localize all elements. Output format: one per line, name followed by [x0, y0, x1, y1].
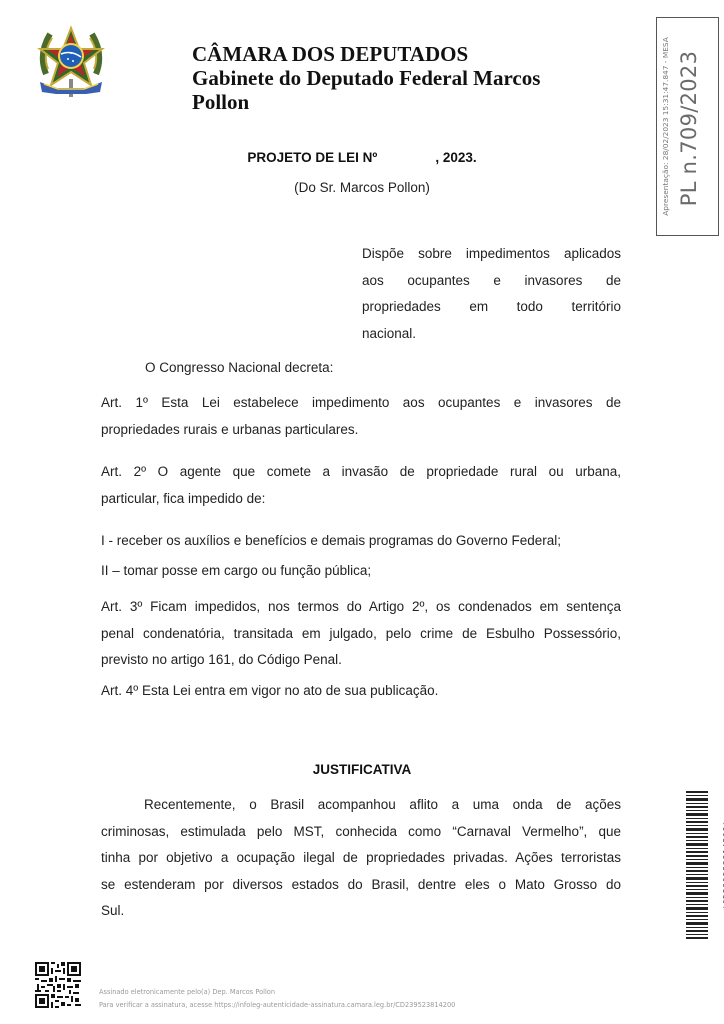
justification-line: tinha por objetivo a ocupação ilegal de … — [101, 845, 621, 872]
signed-by-text: Assinado eletronicamente pelo(a) Dep. Ma… — [99, 986, 455, 999]
justification-title: JUSTIFICATIVA — [0, 762, 724, 777]
article-2-item-1: I - receber os auxílios e benefícios e d… — [101, 528, 621, 555]
item-line: I - receber os auxílios e benefícios e d… — [101, 528, 621, 555]
document-header: CÂMARA DOS DEPUTADOS Gabinete do Deputad… — [192, 42, 540, 114]
protocol-stamp: Apresentação: 28/02/2023 15:31:47.847 - … — [656, 17, 719, 236]
signature-footer: Assinado eletronicamente pelo(a) Dep. Ma… — [99, 986, 455, 1012]
bill-author: (Do Sr. Marcos Pollon) — [0, 180, 724, 195]
summary-line: nacional. — [362, 321, 621, 348]
justification-line: se estenderam por diversos estados do Br… — [101, 872, 621, 899]
article-line: previsto no artigo 161, do Código Penal. — [101, 647, 621, 674]
summary-line: aos ocupantes e invasores de — [362, 268, 621, 295]
justification-line: Recentemente, o Brasil acompanhou aflito… — [101, 792, 621, 819]
bill-number: PL n.709/2023 — [677, 22, 701, 234]
bill-title: PROJETO DE LEI Nº, 2023. — [0, 150, 724, 165]
article-line: particular, fica impedido de: — [101, 486, 621, 513]
justification-line: Sul. — [101, 898, 621, 925]
brazil-coat-of-arms-icon — [36, 24, 106, 100]
justification-text: Recentemente, o Brasil acompanhou aflito… — [101, 792, 621, 925]
article-line: penal condenatória, transitada em julgad… — [101, 621, 621, 648]
article-1: Art. 1º Esta Lei estabelece impedimento … — [101, 390, 621, 443]
article-line: Art. 3º Ficam impedidos, nos termos do A… — [101, 594, 621, 621]
item-line: II – tomar posse em cargo ou função públ… — [101, 558, 621, 585]
bill-title-year: , 2023. — [435, 150, 476, 165]
article-line: Art. 2º O agente que comete a invasão de… — [101, 459, 621, 486]
barcode: *CD239523814200* — [686, 789, 722, 941]
qr-code-icon[interactable] — [35, 962, 81, 1008]
bill-title-prefix: PROJETO DE LEI Nº — [247, 150, 377, 165]
office-name-line1: Gabinete do Deputado Federal Marcos — [192, 66, 540, 90]
presentation-date: Apresentação: 28/02/2023 15:31:47.847 - … — [661, 22, 670, 230]
verification-link[interactable]: Para verificar a assinatura, acesse http… — [99, 999, 455, 1012]
article-line: Art. 1º Esta Lei estabelece impedimento … — [101, 390, 621, 417]
article-2: Art. 2º O agente que comete a invasão de… — [101, 459, 621, 512]
office-name-line2: Pollon — [192, 90, 540, 114]
justification-line: criminosas, estimulada pelo MST, conheci… — [101, 819, 621, 846]
decree-clause: O Congresso Nacional decreta: — [145, 355, 333, 382]
article-line: propriedades rurais e urbanas particular… — [101, 417, 621, 444]
article-line: Art. 4º Esta Lei entra em vigor no ato d… — [101, 678, 621, 705]
bill-summary: Dispõe sobre impedimentos aplicados aos … — [362, 241, 621, 347]
institution-name: CÂMARA DOS DEPUTADOS — [192, 42, 540, 66]
summary-line: propriedades em todo território — [362, 294, 621, 321]
article-3: Art. 3º Ficam impedidos, nos termos do A… — [101, 594, 621, 674]
article-2-item-2: II – tomar posse em cargo ou função públ… — [101, 558, 621, 585]
barcode-bars-icon — [686, 789, 710, 941]
summary-line: Dispõe sobre impedimentos aplicados — [362, 241, 621, 268]
article-4: Art. 4º Esta Lei entra em vigor no ato d… — [101, 678, 621, 705]
